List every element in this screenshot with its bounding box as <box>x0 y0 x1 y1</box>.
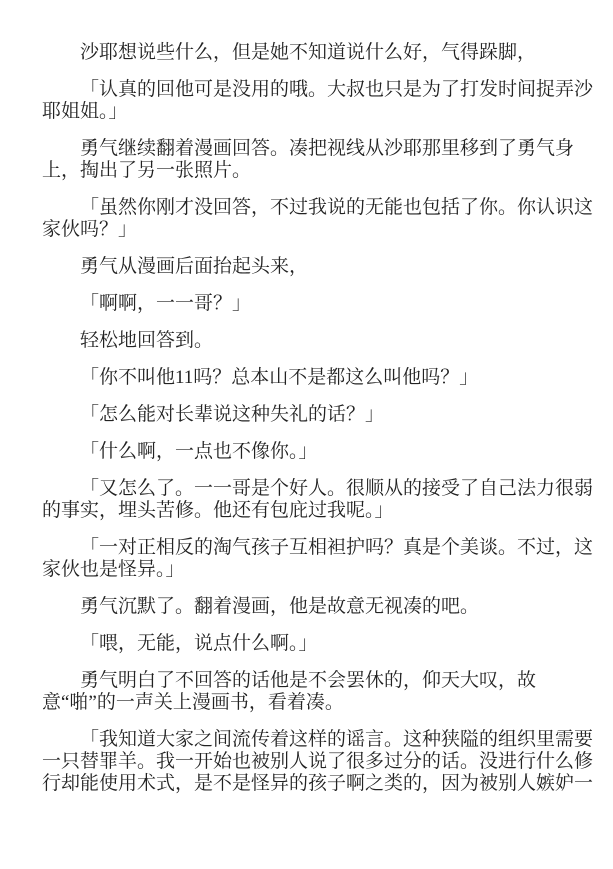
paragraph: 「什么啊，一点也不像你。」 <box>42 441 595 463</box>
paragraph: 「认真的回他可是没用的哦。大叔也只是为了打发时间捉弄沙耶姐姐。」 <box>42 79 595 123</box>
text-line: 「我知道大家之间流传着这样的谣言。这种狭隘的组织里需要 <box>80 729 593 750</box>
paragraph: 「喂，无能，说点什么啊。」 <box>42 633 595 655</box>
text-line: 「一对正相反的淘气孩子互相袒护吗？真是个美谈。不过，这 <box>80 537 593 558</box>
paragraph: 「你不叫他11吗？总本山不是都这么叫他吗？」 <box>42 367 595 389</box>
text-line: 「认真的回他可是没用的哦。大叔也只是为了打发时间捉弄沙 <box>80 79 593 100</box>
text-line: 「怎么能对长辈说这种失礼的话？」 <box>80 404 384 425</box>
paragraph: 轻松地回答到。 <box>42 330 595 352</box>
text-line: 勇气继续翻着漫画回答。凑把视线从沙耶那里移到了勇气身 <box>80 138 574 159</box>
text-line: 上，掏出了另一张照片。 <box>42 160 251 181</box>
text-line: 沙耶想说些什么，但是她不知道说什么好，气得跺脚， <box>80 42 536 63</box>
text-line: 勇气沉默了。翻着漫画，他是故意无视凑的吧。 <box>80 596 479 617</box>
text-line: 勇气从漫画后面抬起头来， <box>80 256 308 277</box>
text-line: 意“啪”的一声关上漫画书，看着凑。 <box>42 692 344 713</box>
paragraph: 「又怎么了。一一哥是个好人。很顺从的接受了自己法力很弱的事实，埋头苦修。他还有包… <box>42 478 595 522</box>
paragraph: 「怎么能对长辈说这种失礼的话？」 <box>42 404 595 426</box>
paragraph: 勇气明白了不回答的话他是不会罢休的，仰天大叹，故意“啪”的一声关上漫画书，看着凑… <box>42 670 595 714</box>
novel-page: 沙耶想说些什么，但是她不知道说什么好，气得跺脚，「认真的回他可是没用的哦。大叔也… <box>0 0 613 869</box>
text-line: 耶姐姐。」 <box>42 101 128 122</box>
paragraph: 勇气继续翻着漫画回答。凑把视线从沙耶那里移到了勇气身上，掏出了另一张照片。 <box>42 138 595 182</box>
text-line: 行却能使用术式，是不是怪异的孩子啊之类的，因为被别人嫉妒一 <box>42 773 593 794</box>
paragraph: 「虽然你刚才没回答，不过我说的无能也包括了你。你认识这家伙吗？」 <box>42 197 595 241</box>
paragraph: 「啊啊，一一哥？」 <box>42 293 595 315</box>
text-line: 「你不叫他11吗？总本山不是都这么叫他吗？」 <box>80 367 478 388</box>
text-line: 「虽然你刚才没回答，不过我说的无能也包括了你。你认识这 <box>80 197 593 218</box>
text-line: 轻松地回答到。 <box>80 330 213 351</box>
text-body: 沙耶想说些什么，但是她不知道说什么好，气得跺脚，「认真的回他可是没用的哦。大叔也… <box>42 42 595 795</box>
text-line: 「又怎么了。一一哥是个好人。很顺从的接受了自己法力很弱 <box>80 478 593 499</box>
text-line: 「什么啊，一点也不像你。」 <box>80 441 318 462</box>
text-line: 勇气明白了不回答的话他是不会罢休的，仰天大叹，故 <box>80 670 536 691</box>
paragraph: 勇气从漫画后面抬起头来， <box>42 256 595 278</box>
paragraph: 「我知道大家之间流传着这样的谣言。这种狭隘的组织里需要一只替罪羊。我一开始也被别… <box>42 729 595 795</box>
text-line: 「啊啊，一一哥？」 <box>80 293 251 314</box>
text-line: 家伙吗？」 <box>42 219 137 240</box>
paragraph: 「一对正相反的淘气孩子互相袒护吗？真是个美谈。不过，这家伙也是怪异。」 <box>42 537 595 581</box>
text-line: 「喂，无能，说点什么啊。」 <box>80 633 318 654</box>
text-line: 一只替罪羊。我一开始也被别人说了很多过分的话。没进行什么修 <box>42 751 593 772</box>
paragraph: 勇气沉默了。翻着漫画，他是故意无视凑的吧。 <box>42 596 595 618</box>
text-line: 家伙也是怪异。」 <box>42 559 185 580</box>
paragraph: 沙耶想说些什么，但是她不知道说什么好，气得跺脚， <box>42 42 595 64</box>
text-line: 的事实，埋头苦修。他还有包庇过我呢。」 <box>42 500 394 521</box>
